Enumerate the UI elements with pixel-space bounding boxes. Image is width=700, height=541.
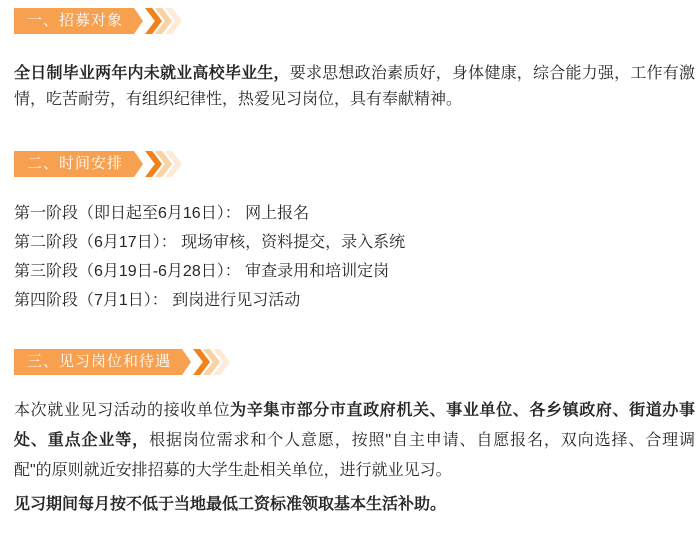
schedule-list: 第一阶段（即日起至6月16日）： 网上报名 第二阶段（6月17日）： 现场审核，… bbox=[14, 199, 695, 315]
section-title: 一、招募对象 bbox=[27, 12, 123, 29]
section-title-ribbon: 二、时间安排 bbox=[14, 151, 143, 177]
schedule-item-phase4: 第四阶段（7月1日）： 到岗进行见习活动 bbox=[14, 286, 695, 315]
positions-intro-text: 本次就业见习活动的接收单位 bbox=[14, 402, 230, 419]
positions-paragraph: 本次就业见习活动的接收单位为辛集市部分市直政府机关、事业单位、各乡镇政府、街道办… bbox=[14, 396, 695, 486]
section-banner-schedule: 二、时间安排 bbox=[14, 151, 182, 177]
schedule-item-phase2: 第二阶段（6月17日）： 现场审核，资料提交，录入系统 bbox=[14, 228, 695, 257]
section-title-ribbon: 一、招募对象 bbox=[14, 8, 143, 34]
subsidy-note: 见习期间每月按不低于当地最低工资标准领取基本生活补助。 bbox=[14, 490, 695, 520]
schedule-item-phase1: 第一阶段（即日起至6月16日）： 网上报名 bbox=[14, 199, 695, 228]
schedule-item-phase3: 第三阶段（6月19日-6月28日）： 审查录用和培训定岗 bbox=[14, 257, 695, 286]
section-title: 三、见习岗位和待遇 bbox=[27, 353, 171, 370]
section-title-ribbon: 三、见习岗位和待遇 bbox=[14, 349, 191, 375]
section-title: 二、时间安排 bbox=[27, 155, 123, 172]
recruitment-paragraph: 全日制毕业两年内未就业高校毕业生，要求思想政治素质好，身体健康，综合能力强，工作… bbox=[14, 61, 695, 113]
recruitment-target-text: 全日制毕业两年内未就业高校毕业生， bbox=[14, 65, 290, 82]
section-banner-recruitment: 一、招募对象 bbox=[14, 8, 182, 34]
section-banner-positions: 三、见习岗位和待遇 bbox=[14, 349, 230, 375]
